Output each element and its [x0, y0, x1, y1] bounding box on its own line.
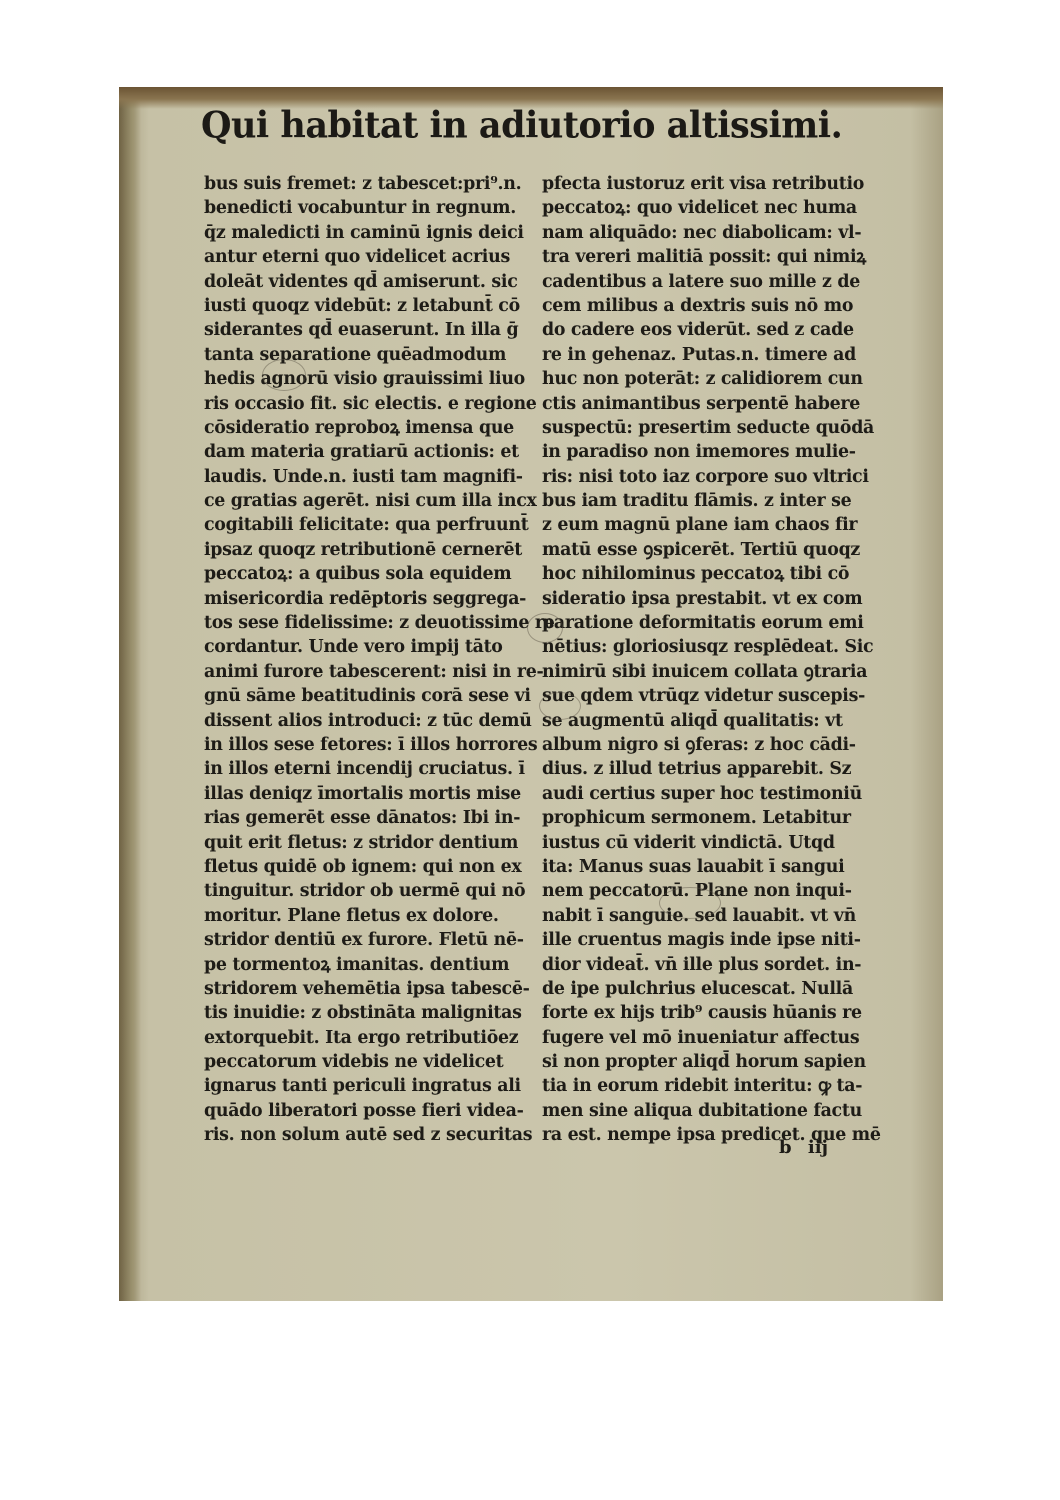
text-line: peccatoꝝ: a quibus sola equidem: [204, 562, 544, 586]
text-line: ris. non solum autē sed z securitas: [204, 1123, 544, 1147]
text-line: iusti quoqz videbūt: z letabunt̄ cō: [204, 294, 544, 318]
text-line: misericordia redēptoris seggrega-: [204, 587, 544, 611]
text-line: peccatorum videbis ne videlicet: [204, 1050, 544, 1074]
text-line: doleāt videntes qd̄ amiserunt. sic: [204, 270, 544, 294]
text-line: album nigro si ꝯferas: z hoc cādi-: [542, 733, 892, 757]
text-line: moritur. Plane fletus ex dolore.: [204, 904, 544, 928]
text-line: dior videat̄. vn̄ ille plus sordet. in-: [542, 953, 892, 977]
text-line: benedicti vocabuntur in regnum.: [204, 196, 544, 220]
text-line: quādo liberatori posse fieri videa-: [204, 1099, 544, 1123]
text-line: nētius: gloriosiusqz resplēdeat. Sic: [542, 635, 892, 659]
text-line: pfecta iustoruz erit visa retributio: [542, 172, 892, 196]
text-line: laudis. Unde.n. iusti tam magnifi-: [204, 465, 544, 489]
text-line: ctis animantibus serpentē habere: [542, 392, 892, 416]
text-column-right: pfecta iustoruz erit visa retributiopecc…: [542, 172, 892, 1148]
text-line: men sine aliqua dubitatione factu: [542, 1099, 892, 1123]
text-line: ipsaz quoqz retributionē cernerēt: [204, 538, 544, 562]
text-line: iustus cū viderit vindictā. Utqd: [542, 831, 892, 855]
text-line: tinguitur. stridor ob uermē qui nō: [204, 879, 544, 903]
text-line: ignarus tanti periculi ingratus ali: [204, 1074, 544, 1098]
text-line: siderantes qd̄ euaserunt. In illa ḡ: [204, 318, 544, 342]
text-line: dius. z illud tetrius apparebit. Sz: [542, 757, 892, 781]
text-line: fletus quidē ob ignem: qui non ex: [204, 855, 544, 879]
text-line: suspectū: presertim seducte quōdā: [542, 416, 892, 440]
text-line: ce gratias agerēt. nisi cum illa incx: [204, 489, 544, 513]
text-line: rias gemerēt esse dānatos: Ibi in-: [204, 806, 544, 830]
text-line: cōsideratio reproboꝝ imensa que: [204, 416, 544, 440]
text-column-left: bus suis fremet: z tabescet:pri⁹.n.bened…: [204, 172, 544, 1148]
binding-shadow: [119, 87, 141, 1301]
text-line: ris: nisi toto iaz corpore suo vltrici: [542, 465, 892, 489]
text-line: nimirū sibi inuicem collata ꝯtraria: [542, 660, 892, 684]
text-line: huc non poterāt: z calidiorem cun: [542, 367, 892, 391]
text-line: cadentibus a latere suo mille z de: [542, 270, 892, 294]
library-stamp-mark: [539, 692, 581, 720]
text-line: fugere vel mō inueniatur affectus: [542, 1026, 892, 1050]
text-line: in illos eterni incendij cruciatus. ī: [204, 757, 544, 781]
text-line: paratione deformitatis eorum emi: [542, 611, 892, 635]
text-line: ra est. nempe ipsa predicet. que mē: [542, 1123, 892, 1147]
library-stamp-mark: [262, 359, 306, 391]
library-stamp-mark: [659, 887, 721, 919]
text-line: nam aliquādo: nec diabolicam: vl-: [542, 221, 892, 245]
text-line: stridor dentiū ex furore. Fletū nē-: [204, 928, 544, 952]
text-line: sue qdem vtrūqz videtur suscepis-: [542, 684, 892, 708]
text-line: si non propter aliqd̄ horum sapien: [542, 1050, 892, 1074]
text-line: peccatoꝝ: quo videlicet nec huma: [542, 196, 892, 220]
text-line: re in gehenaz. Putas.n. timere ad: [542, 343, 892, 367]
text-line: pe tormentoꝝ imanitas. dentium: [204, 953, 544, 977]
text-line: ris occasio fit. sic electis. e regione: [204, 392, 544, 416]
text-line: audi certius super hoc testimoniū: [542, 782, 892, 806]
text-line: matū esse ꝯspicerēt. Tertiū quoqz: [542, 538, 892, 562]
text-line: do cadere eos viderūt. sed z cade: [542, 318, 892, 342]
text-line: tia in eorum ridebit interitu: ꝙ ta-: [542, 1074, 892, 1098]
text-line: gnū sāme beatitudinis corā sese vi: [204, 684, 544, 708]
text-line: cem milibus a dextris suis nō mo: [542, 294, 892, 318]
page-heading: Qui habitat in adiutorio altissimi.: [201, 104, 901, 147]
text-line: bus iam traditu flāmis. z inter se: [542, 489, 892, 513]
text-line: ita: Manus suas lauabit ī sangui: [542, 855, 892, 879]
text-line: animi furore tabescerent: nisi in re-: [204, 660, 544, 684]
text-line: in paradiso non imemores mulie-: [542, 440, 892, 464]
text-line: z eum magnū plane iam chaos fir: [542, 513, 892, 537]
text-line: q̄z maledicti in caminū ignis deici: [204, 221, 544, 245]
text-line: se augmentū aliqd̄ qualitatis: vt: [542, 709, 892, 733]
text-line: cogitabili felicitate: qua perfruunt̄: [204, 513, 544, 537]
text-line: tis inuidie: z obstināta malignitas: [204, 1001, 544, 1025]
text-line: antur eterni quo videlicet acrius: [204, 245, 544, 269]
signature-mark: b iij: [779, 1137, 828, 1158]
text-line: stridorem vehemētia ipsa tabescē-: [204, 977, 544, 1001]
text-line: dam materia gratiarū actionis: et: [204, 440, 544, 464]
text-line: bus suis fremet: z tabescet:pri⁹.n.: [204, 172, 544, 196]
text-line: tanta separatione quēadmodum: [204, 343, 544, 367]
scanned-page: Qui habitat in adiutorio altissimi. bus …: [119, 87, 943, 1301]
text-line: dissent alios introduci: z tūc demū: [204, 709, 544, 733]
text-line: illas deniqz īmortalis mortis mise: [204, 782, 544, 806]
text-line: hedis agnorū visio grauissimi liuo: [204, 367, 544, 391]
text-line: hoc nihilominus peccatoꝝ tibi cō: [542, 562, 892, 586]
text-line: extorquebit. Ita ergo retributiōez: [204, 1026, 544, 1050]
text-line: quit erit fletus: z stridor dentium: [204, 831, 544, 855]
text-line: tos sese fidelissime: z deuotissime re: [204, 611, 544, 635]
text-line: tra vereri malitiā possit: qui nimiꝝ: [542, 245, 892, 269]
text-line: prophicum sermonem. Letabitur: [542, 806, 892, 830]
text-line: sideratio ipsa prestabit. vt ex com: [542, 587, 892, 611]
text-line: in illos sese fetores: ī illos horrores: [204, 733, 544, 757]
text-line: de ipe pulchrius elucescat. Nullā: [542, 977, 892, 1001]
text-line: cordantur. Unde vero impij tāto: [204, 635, 544, 659]
text-line: forte ex hijs trib⁹ causis hūanis re: [542, 1001, 892, 1025]
library-stamp-mark: [527, 613, 563, 643]
text-line: ille cruentus magis inde ipse niti-: [542, 928, 892, 952]
